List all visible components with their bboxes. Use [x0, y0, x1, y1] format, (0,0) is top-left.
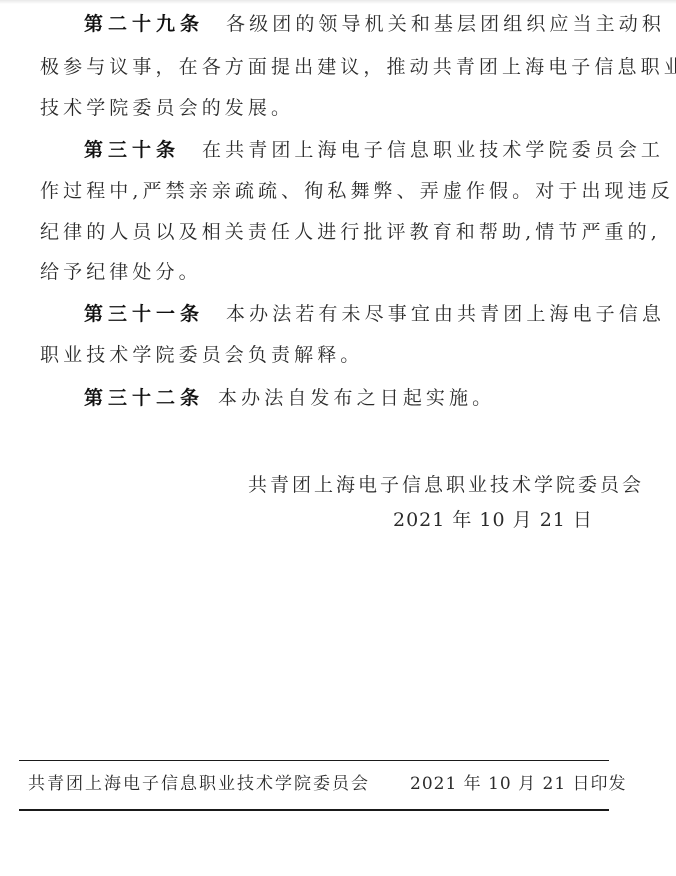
article-30-line-1: 第三十条在共青团上海电子信息职业技术学院委员会工 — [84, 138, 676, 162]
article-29-line-3: 技术学院委员会的发展。 — [40, 96, 640, 120]
article-32-line-1: 第三十二条本办法自发布之日起实施。 — [84, 386, 676, 410]
article-30-line-2: 作过程中,严禁亲亲疏疏、徇私舞弊、弄虚作假。对于出现违反 — [40, 179, 640, 203]
footer-bottom-rule — [19, 809, 609, 811]
page-top-edge — [0, 0, 676, 4]
article-31-line-2: 职业技术学院委员会负责解释。 — [40, 343, 640, 367]
article-29-line-2: 极参与议事，在各方面提出建议，推动共青团上海电子信息职业 — [40, 55, 640, 79]
article-30-line-4: 给予纪律处分。 — [40, 260, 640, 284]
article-29-line-1: 第二十九条各级团的领导机关和基层团组织应当主动积 — [84, 12, 676, 36]
article-label: 第三十条 — [84, 139, 180, 161]
signature-date: 2021 年 10 月 21 日 — [393, 508, 593, 532]
article-31-line-1: 第三十一条本办法若有未尽事宜由共青团上海电子信息 — [84, 302, 676, 326]
footer-top-rule — [19, 760, 609, 761]
article-label: 第三十一条 — [84, 303, 204, 325]
footer-issue-date: 2021 年 10 月 21 日印发 — [410, 772, 627, 796]
article-label: 第三十二条 — [84, 387, 204, 409]
article-30-line-3: 纪律的人员以及相关责任人进行批评教育和帮助,情节严重的, — [40, 220, 640, 244]
footer-issuer: 共青团上海电子信息职业技术学院委员会 — [28, 772, 370, 796]
signature-organization: 共青团上海电子信息职业技术学院委员会 — [248, 473, 644, 497]
article-label: 第二十九条 — [84, 13, 204, 35]
